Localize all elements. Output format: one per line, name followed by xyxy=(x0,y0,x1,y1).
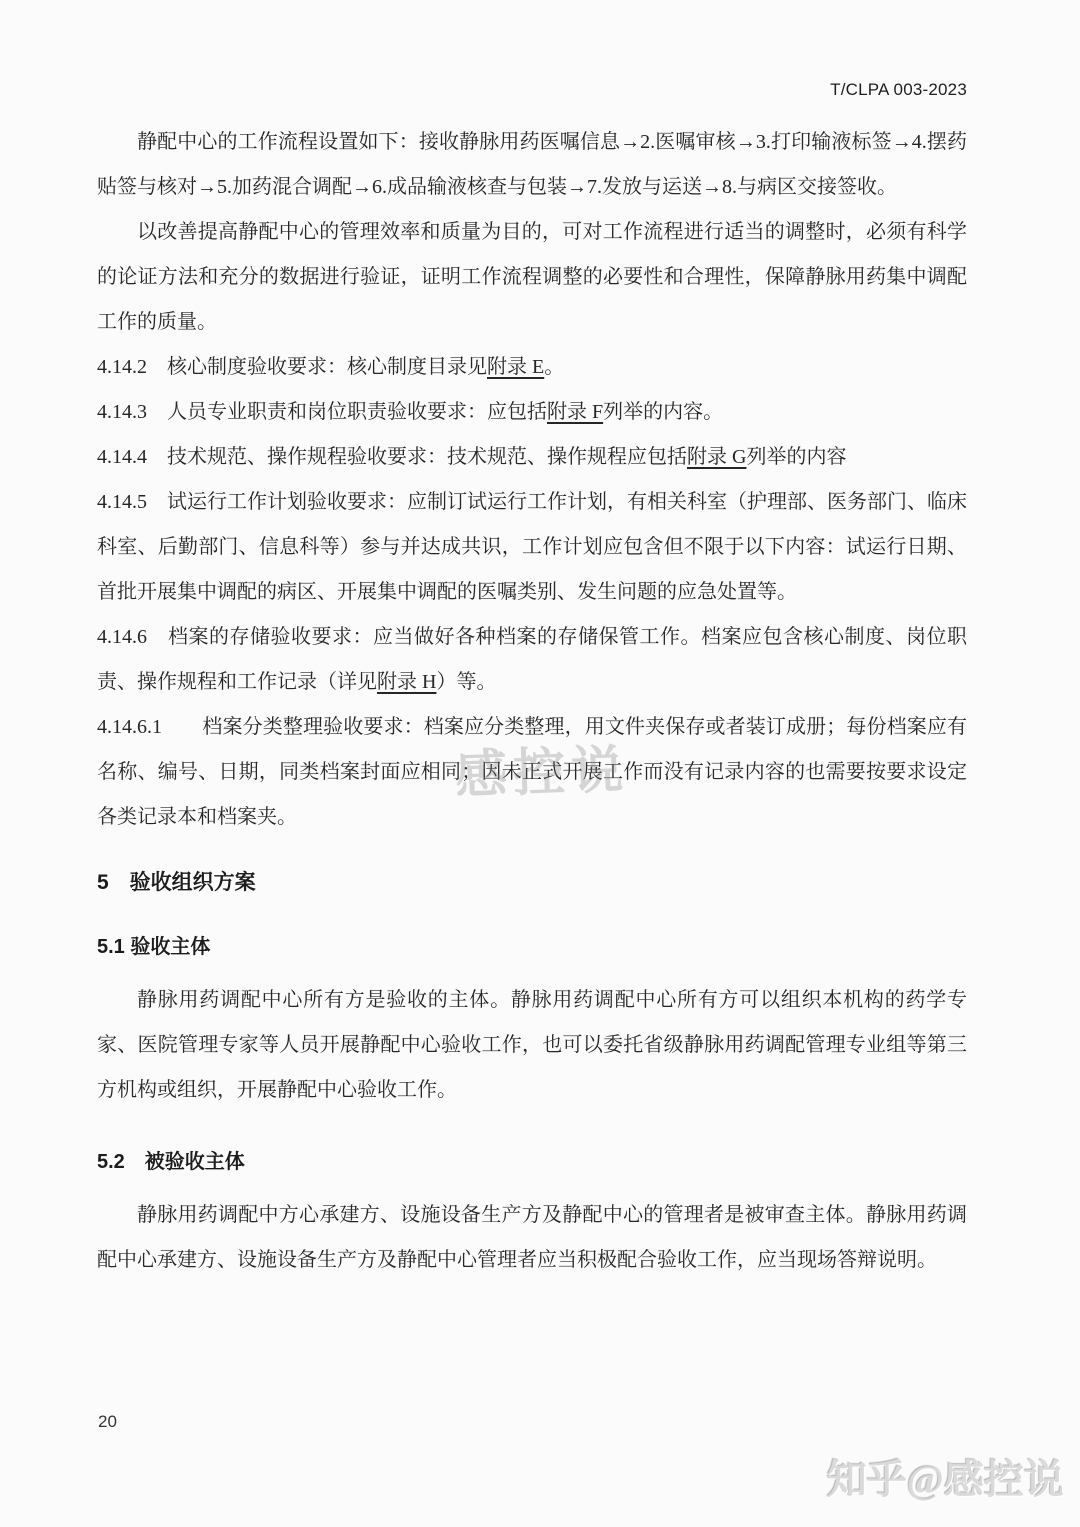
paragraph: 4.14.5 试运行工作计划验收要求：应制订试运行工作计划，有相关科室（护理部、… xyxy=(97,480,967,615)
paragraph: 4.14.4 技术规范、操作规程验收要求：技术规范、操作规程应包括附录 G列举的… xyxy=(97,435,967,480)
text-segment: 4.14.2 核心制度验收要求：核心制度目录见 xyxy=(97,356,487,378)
document-code-header: T/CLPA 003-2023 xyxy=(830,80,967,100)
page-number: 20 xyxy=(98,1412,117,1432)
paragraph: 以改善提高静配中心的管理效率和质量为目的，可对工作流程进行适当的调整时，必须有科… xyxy=(97,210,967,345)
paragraph: 静脉用药调配中心所有方是验收的主体。静脉用药调配中心所有方可以组织本机构的药学专… xyxy=(97,978,967,1113)
text-segment: 4.14.4 技术规范、操作规程验收要求：技术规范、操作规程应包括 xyxy=(97,446,687,468)
zhihu-watermark: 知乎@感控说 xyxy=(827,1448,1064,1505)
document-content: 静配中心的工作流程设置如下：接收静脉用药医嘱信息→2.医嘱审核→3.打印输液标签… xyxy=(97,120,967,1283)
appendix-reference: 附录 E xyxy=(487,356,544,378)
paragraph: 4.14.3 人员专业职责和岗位职责验收要求：应包括附录 F列举的内容。 xyxy=(97,390,967,435)
paragraph: 4.14.6 档案的存储验收要求：应当做好各种档案的存储保管工作。档案应包含核心… xyxy=(97,615,967,705)
text-segment: 以改善提高静配中心的管理效率和质量为目的，可对工作流程进行适当的调整时，必须有科… xyxy=(97,221,967,333)
text-segment: ）等。 xyxy=(436,671,496,693)
text-segment: 静脉用药调配中心所有方是验收的主体。静脉用药调配中心所有方可以组织本机构的药学专… xyxy=(97,989,967,1101)
section-heading: 5.2 被验收主体 xyxy=(97,1147,967,1177)
paragraph: 4.14.2 核心制度验收要求：核心制度目录见附录 E。 xyxy=(97,345,967,390)
text-segment: 4.14.3 人员专业职责和岗位职责验收要求：应包括 xyxy=(97,401,547,423)
paragraph: 静脉用药调配中方心承建方、设施设备生产方及静配中心的管理者是被审查主体。静脉用药… xyxy=(97,1193,967,1283)
paragraph: 4.14.6.1 档案分类整理验收要求：档案应分类整理，用文件夹保存或者装订成册… xyxy=(97,705,967,840)
text-segment: 列举的内容。 xyxy=(603,401,723,423)
text-segment: 5.1 验收主体 xyxy=(97,936,210,958)
text-segment: 静配中心的工作流程设置如下：接收静脉用药医嘱信息→2.医嘱审核→3.打印输液标签… xyxy=(97,131,967,198)
text-segment: 5.2 被验收主体 xyxy=(97,1151,245,1173)
section-heading: 5 验收组织方案 xyxy=(97,868,967,898)
section-heading: 5.1 验收主体 xyxy=(97,932,967,962)
paragraph: 静配中心的工作流程设置如下：接收静脉用药医嘱信息→2.医嘱审核→3.打印输液标签… xyxy=(97,120,967,210)
appendix-reference: 附录 G xyxy=(687,446,746,468)
text-segment: 5 验收组织方案 xyxy=(97,871,256,894)
text-segment: 静脉用药调配中方心承建方、设施设备生产方及静配中心的管理者是被审查主体。静脉用药… xyxy=(97,1204,967,1271)
text-segment: 。 xyxy=(544,356,564,378)
text-segment: 4.14.6.1 档案分类整理验收要求：档案应分类整理，用文件夹保存或者装订成册… xyxy=(97,716,967,828)
text-segment: 列举的内容 xyxy=(746,446,846,468)
text-segment: 4.14.6 档案的存储验收要求：应当做好各种档案的存储保管工作。档案应包含核心… xyxy=(97,626,967,693)
text-segment: 4.14.5 试运行工作计划验收要求：应制订试运行工作计划，有相关科室（护理部、… xyxy=(97,491,967,603)
appendix-reference: 附录 H xyxy=(377,671,436,693)
appendix-reference: 附录 F xyxy=(547,401,603,423)
document-page: { "page": { "header": "T/CLPA 003-2023",… xyxy=(0,0,1080,1527)
